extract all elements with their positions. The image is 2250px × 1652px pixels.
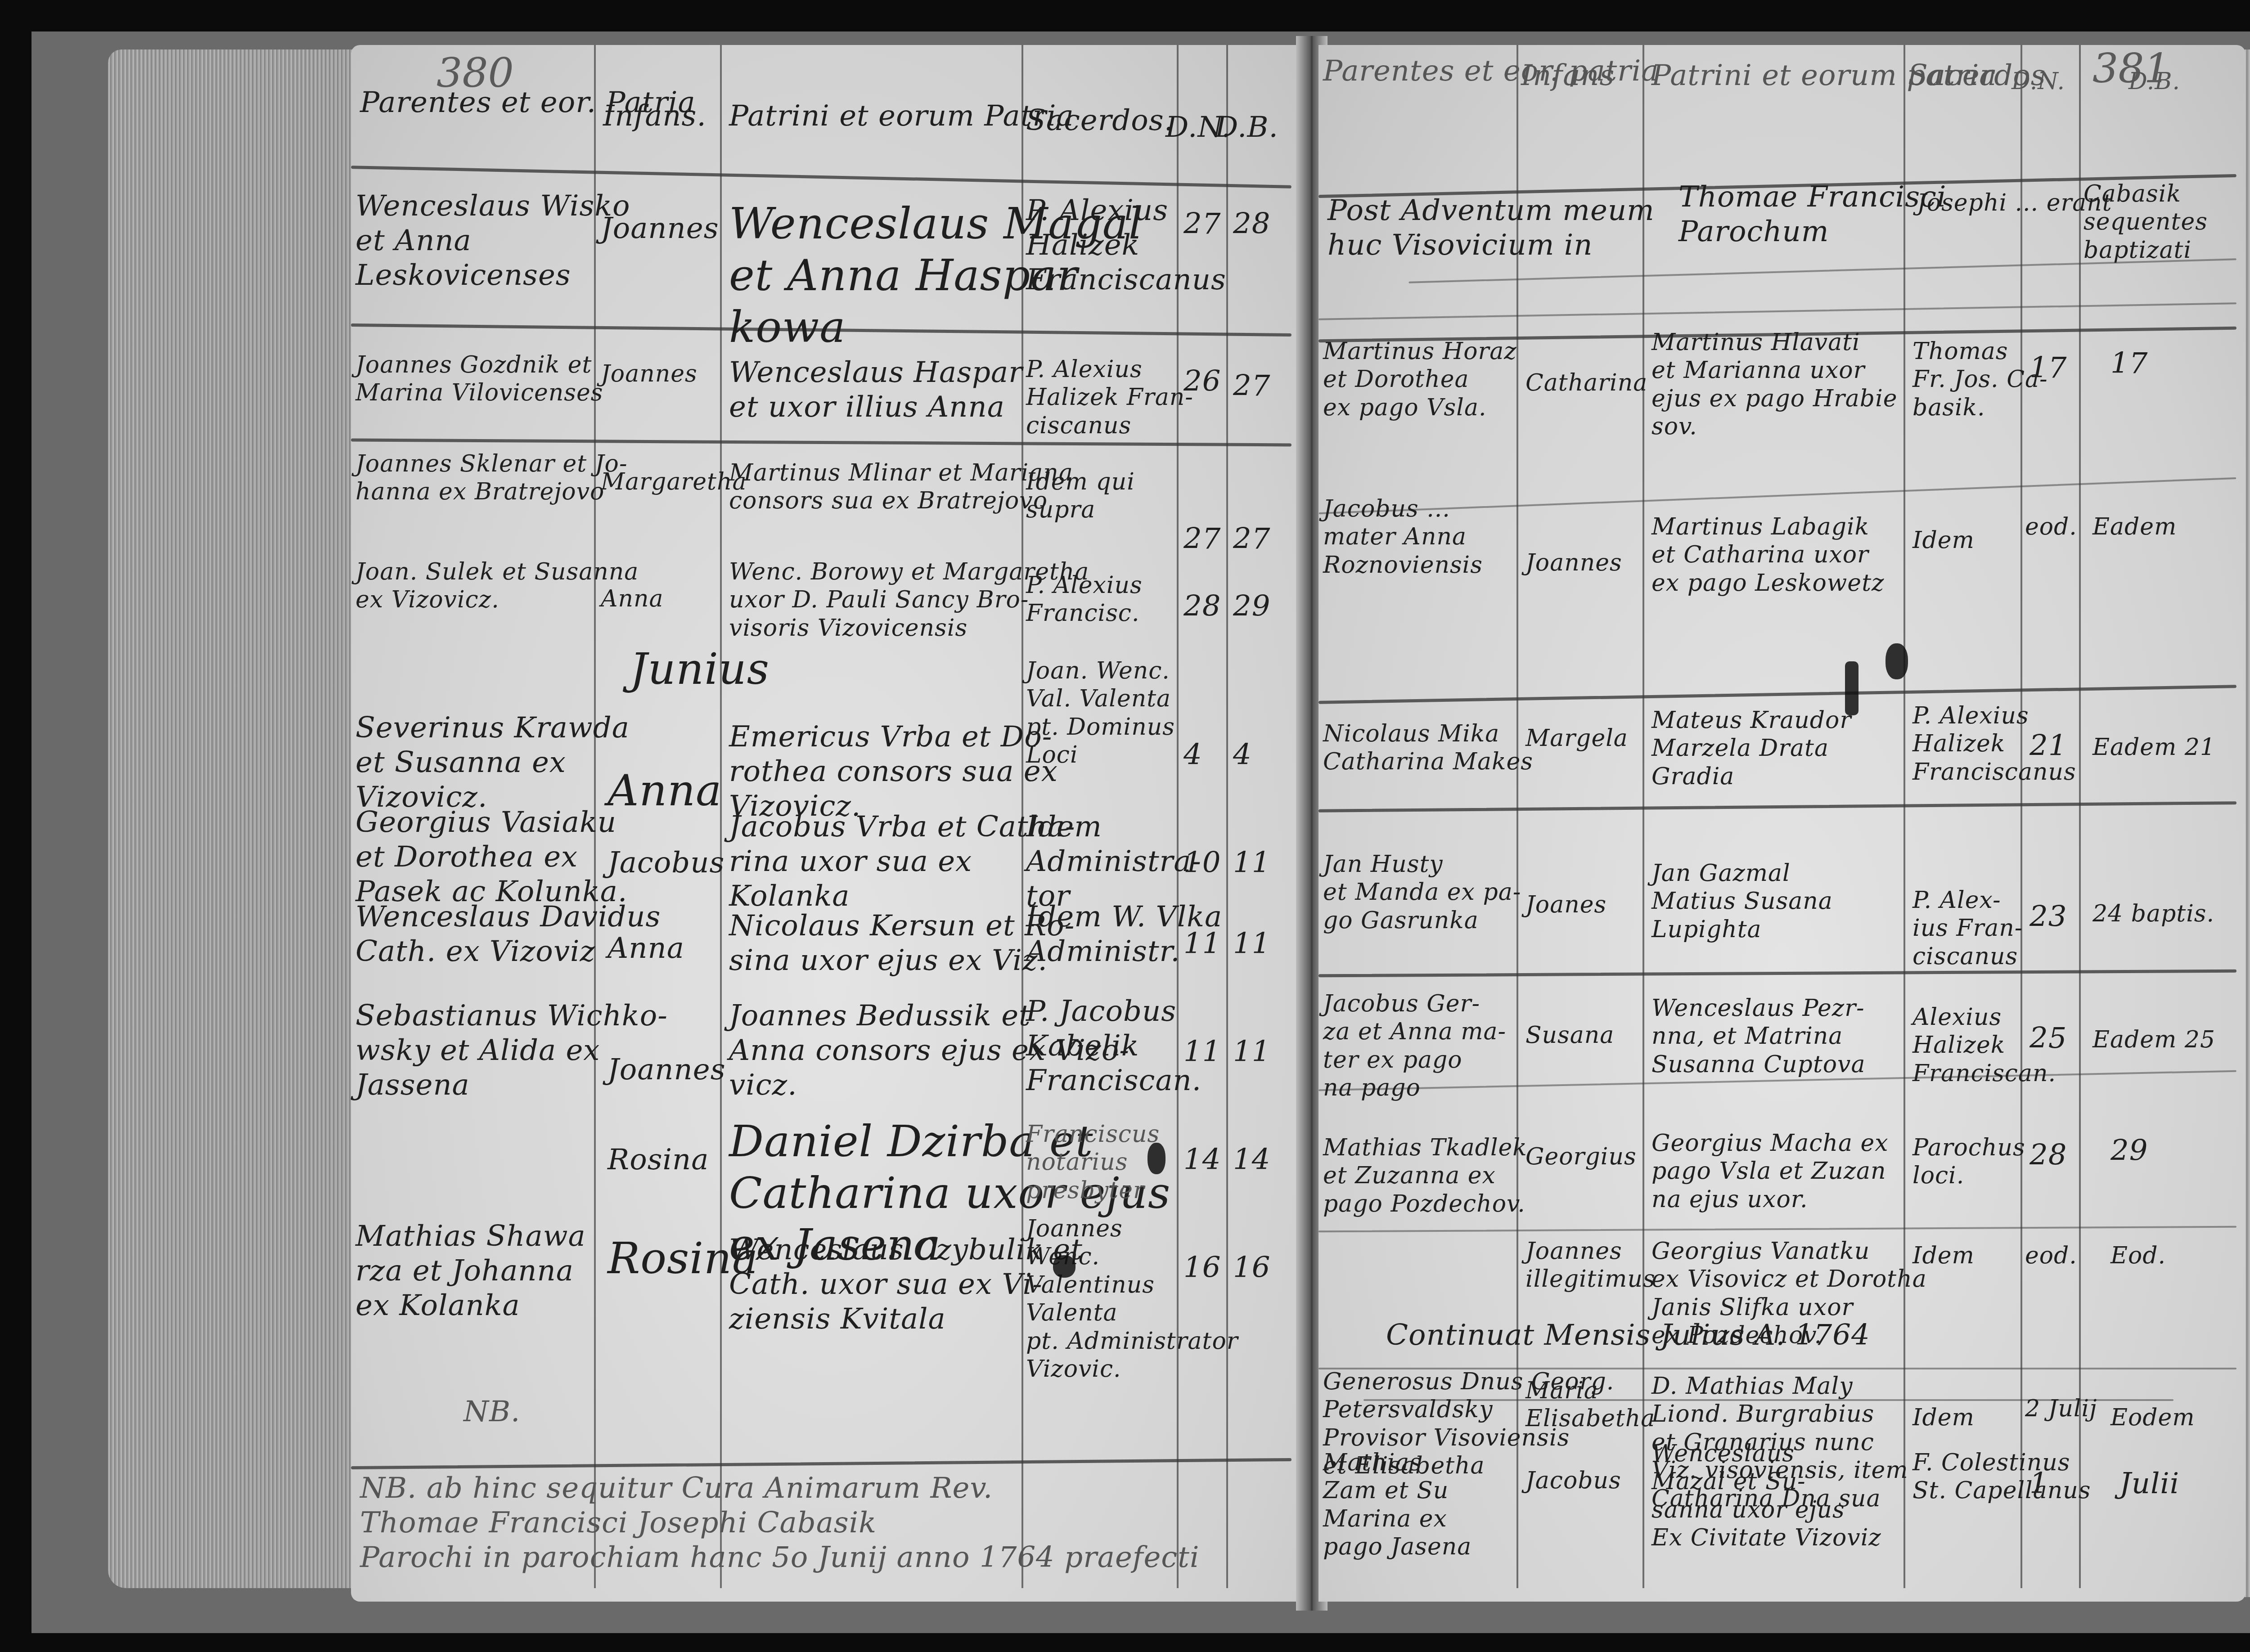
- entry-priest: Idem: [1912, 1242, 1975, 1270]
- entry-baptized: 11: [1233, 927, 1270, 961]
- entry-baptized: Eadem 25: [2092, 1026, 2215, 1054]
- entry-priest: P. Alexius Halizek Fran- ciscanus: [1026, 355, 1193, 440]
- header-day-baptized: D.B.: [1215, 110, 1278, 145]
- july-entry-infant: Jacobus: [1525, 1467, 1621, 1495]
- footnote-marker: NB.: [463, 1395, 520, 1429]
- entry-godparents: Nicolaus Kersun et Ro- sina uxor ejus ex…: [729, 909, 1075, 978]
- entry-born: 21: [2029, 729, 2067, 763]
- entry-infant: Georgius: [1525, 1143, 1637, 1171]
- entry-baptized: 17: [2110, 346, 2148, 381]
- entry-parents: Nicolaus Mika Catharina Makes: [1323, 720, 1533, 776]
- header-day-born: D.N.: [2011, 67, 2065, 95]
- header-infant: Infans.: [603, 99, 706, 134]
- entry-infant: Margela: [1525, 724, 1628, 752]
- entry-godparents: Martinus Labagik et Catharina uxor ex pa…: [1651, 513, 1884, 597]
- entry-infant: Joanes: [1525, 891, 1606, 919]
- month-marker: Junius: [630, 643, 769, 695]
- entry-parents: Jacobus Ger- za et Anna ma- ter ex pago …: [1323, 990, 1506, 1102]
- entry-infant: Joannes: [607, 1053, 726, 1087]
- footnote-text: NB. ab hinc sequitur Cura Animarum Rev. …: [360, 1471, 1199, 1575]
- entry-born: 28: [1183, 589, 1221, 624]
- entry-baptized: Eodem: [2110, 1404, 2195, 1432]
- entry-baptized: 27: [1233, 522, 1270, 557]
- continuation-heading: Continuat Mensis Julius A. 1764: [1386, 1318, 1870, 1353]
- entry-infant: Joannes: [601, 211, 719, 246]
- entry-born: eod.: [2025, 513, 2077, 541]
- entry-baptized: 29: [1233, 589, 1270, 624]
- entry-baptized: Eod.: [2110, 1242, 2166, 1270]
- entry-parents: Joannes Sklenar et Jo- hanna ex Bratrejo…: [355, 450, 627, 506]
- entry-priest: P. Jacobus Kabelik Franciscan.: [1026, 994, 1201, 1098]
- entry-priest: Idem qui supra: [1026, 468, 1135, 524]
- entry-born: 17: [2029, 351, 2067, 386]
- entry-infant: Catharina: [1525, 369, 1647, 397]
- entry-infant: Joannes: [1525, 549, 1622, 577]
- entry-priest: Idem Administra- tor: [1026, 810, 1201, 913]
- entry-infant: Rosina: [607, 1143, 709, 1177]
- entry-priest: Franciscus notarius presbyter: [1026, 1120, 1160, 1204]
- entry-priest: Idem: [1912, 1404, 1975, 1432]
- entry-parents: Jacobus ... mater Anna Roznoviensis: [1323, 495, 1483, 579]
- entry-godparents: Jan Gazmal Matius Susana Lupighta: [1651, 859, 1833, 943]
- entry-parents: Jan Husty et Manda ex pa- go Gasrunka: [1323, 850, 1521, 934]
- entry-priest: P. Alexius Francisc.: [1026, 571, 1143, 628]
- entry-godparents: Wenceslaus Haspar et uxor illius Anna: [729, 355, 1023, 425]
- intro-far-right: Cabasik sequentes baptizati: [2083, 180, 2245, 264]
- entry-godparents: Martinus Hlavati et Marianna uxor ejus e…: [1651, 328, 1898, 441]
- entry-godparents: Jacobus Vrba et Catha- rina uxor sua ex …: [729, 810, 1075, 913]
- entry-infant: Anna: [601, 585, 664, 613]
- entry-parents: Joan. Sulek et Susanna ex Vizovicz.: [355, 558, 639, 614]
- header-day-baptized: D.B.: [2128, 67, 2180, 95]
- entry-born: 10: [1183, 846, 1221, 880]
- entry-baptized: 11: [1233, 846, 1270, 880]
- entry-parents: Georgius Vasiaku et Dorothea ex Pasek ac…: [355, 805, 627, 909]
- entry-born: 27: [1183, 522, 1221, 557]
- entry-born: 25: [2029, 1021, 2067, 1056]
- july-entry-godparents: Wenceslaus Mazal et Su- sanna uxor ejus …: [1651, 1440, 1881, 1552]
- entry-priest: Joannes Wenc. Valentinus Valenta pt. Adm…: [1026, 1215, 1238, 1383]
- entry-priest: Thomas Fr. Jos. Ca- basik.: [1912, 337, 2048, 422]
- entry-godparents: Mateus Kraudor Marzela Drata Gradia: [1651, 706, 1851, 790]
- entry-priest: Idem: [1912, 526, 1975, 554]
- entry-priest: P. Alex- ius Fran- ciscanus: [1912, 886, 2023, 970]
- entry-born: 2 Julij: [2025, 1395, 2097, 1423]
- book-page-edges-left: [108, 49, 360, 1588]
- header-priest: Sacerdos.: [1026, 103, 1174, 138]
- entry-godparents: Georgius Macha ex pago Vsla et Zuzan na …: [1651, 1129, 1889, 1213]
- right-page: 381 Parentes et eor. patria Infans Patri…: [1318, 45, 2245, 1602]
- intro-right: Josephi ... erant: [1917, 189, 2112, 217]
- entry-godparents: Martinus Mlinar et Mariana consors sua e…: [729, 459, 1073, 515]
- entry-born: eod.: [2025, 1242, 2077, 1270]
- entry-baptized: 16: [1233, 1251, 1270, 1285]
- entry-baptized: 4: [1233, 738, 1252, 772]
- entry-infant: Jacobus: [607, 846, 724, 880]
- entry-baptized: 24 baptis.: [2092, 900, 2214, 928]
- entry-parents: Mathias Shawa rza et Johanna ex Kolanka: [355, 1219, 586, 1323]
- intro-middle: Thomae Francisci Parochum: [1678, 180, 1946, 249]
- entry-infant: Joannes illegitimus: [1525, 1237, 1656, 1293]
- entry-born: 14: [1183, 1143, 1221, 1177]
- entry-born: 26: [1183, 364, 1221, 399]
- july-entry-born: 1: [2029, 1467, 2048, 1501]
- entry-infant: Maria Elisabetha: [1525, 1377, 1655, 1433]
- entry-baptized: 28: [1233, 207, 1270, 242]
- entry-born: 16: [1183, 1251, 1221, 1285]
- entry-baptized: 14: [1233, 1143, 1270, 1177]
- header-infant: Infans: [1521, 58, 1615, 93]
- entry-infant: Anna: [607, 931, 684, 966]
- entry-godparents: Wenceslaus Pezr- nna, et Matrina Susanna…: [1651, 994, 1865, 1078]
- entry-priest: Joan. Wenc. Val. Valenta pt. Dominus Loc…: [1026, 657, 1175, 769]
- entry-godparents: Emericus Vrba et Do- rothea consors sua …: [729, 720, 1058, 823]
- entry-parents: Severinus Krawda et Susanna ex Vizovicz.: [355, 711, 630, 814]
- entry-baptized: Eadem: [2092, 513, 2177, 541]
- july-entry-priest: F. Colestinus St. Capellanus: [1912, 1449, 2091, 1505]
- entry-born: 28: [2029, 1138, 2067, 1173]
- entry-born: 11: [1183, 1035, 1221, 1069]
- entry-infant: Susana: [1525, 1021, 1614, 1049]
- intro-left: Post Adventum meum huc Visovicium in: [1327, 193, 1655, 263]
- entry-parents: Martinus Horaz et Dorothea ex pago Vsla.: [1323, 337, 1517, 422]
- entry-infant: Margaretha: [601, 468, 747, 496]
- entry-born: 27: [1183, 207, 1221, 242]
- entry-baptized: 29: [2110, 1134, 2148, 1168]
- entry-baptized: Eadem 21: [2092, 733, 2215, 761]
- entry-infant: Joannes: [601, 360, 697, 388]
- july-entry-parents: Mathias Zam et Su Marina ex pago Jasena: [1323, 1449, 1471, 1561]
- entry-baptized: 27: [1233, 369, 1270, 404]
- entry-parents: Wenceslaus Wisko et Anna Leskovicenses: [355, 189, 630, 292]
- july-entry-baptized: Julii: [2119, 1467, 2179, 1501]
- entry-born: 23: [2029, 900, 2067, 934]
- entry-baptized: 11: [1233, 1035, 1270, 1069]
- left-page: 380 Parentes et eor. Patria Infans. Patr…: [351, 45, 1309, 1602]
- entry-parents: Joannes Gozdnik et Marina Vilovicenses: [355, 351, 603, 407]
- entry-born: 11: [1183, 927, 1221, 961]
- entry-priest: Parochus loci.: [1912, 1134, 2025, 1190]
- entry-parents: Mathias Tkadlek et Zuzanna ex pago Pozde…: [1323, 1134, 1527, 1218]
- header-godparents: Patrini et eorum Patria: [729, 99, 1074, 134]
- entry-born: 4: [1183, 738, 1202, 772]
